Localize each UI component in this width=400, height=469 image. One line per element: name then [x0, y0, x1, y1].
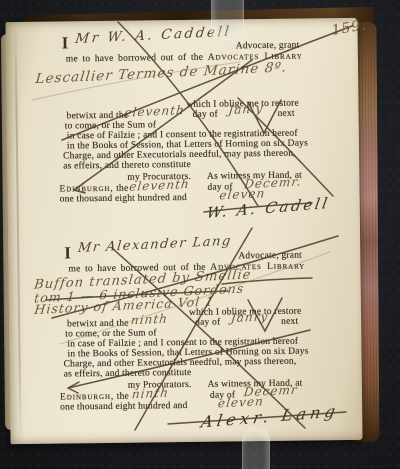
return-day-handwritten: ninth: [130, 312, 169, 328]
borrower-name-handwritten: Mr Alexander Lang: [77, 234, 233, 256]
printed-borrowed-text: me to have borrowed out of the: [66, 53, 203, 65]
printed-grant: Advocate, grant: [238, 251, 302, 262]
signed-day-handwritten: eleventh: [129, 177, 191, 194]
printed-failzie-4: as effeirs, and thereto constitute: [64, 368, 192, 380]
printed-initial: I: [62, 33, 69, 53]
return-day-handwritten: eleventh: [124, 103, 186, 120]
printed-year-line: one thousand eight hundred and: [60, 193, 187, 205]
printed-failzie-4: as effeirs, and thereto constitute: [63, 160, 191, 172]
printed-the: the: [117, 392, 129, 402]
register-page: 159. I Mr W. A. Caddell Advocate, grant …: [5, 18, 362, 444]
printed-next: next: [278, 109, 295, 119]
return-month-handwritten: Janry: [230, 309, 269, 325]
printed-grant: Advocate, grant: [236, 41, 300, 52]
printed-day-of: day of: [193, 110, 218, 120]
printed-initial: I: [64, 243, 71, 263]
printed-edinburgh: Edinburgh,: [60, 392, 114, 403]
printed-year-line: one thousand eight hundred and: [60, 401, 187, 413]
printed-the: the: [116, 184, 128, 194]
signed-day-handwritten: ninth: [131, 386, 170, 402]
mounting-strap-top: [211, 0, 244, 40]
mounting-strap-bottom: [242, 427, 270, 469]
printed-next: next: [281, 317, 298, 327]
return-month-handwritten: Jan'y: [228, 101, 264, 117]
photograph-of-borrowing-register: 159. I Mr W. A. Caddell Advocate, grant …: [0, 0, 400, 469]
printed-edinburgh: Edinburgh,: [59, 184, 113, 195]
printed-day-of: day of: [195, 318, 220, 328]
borrower-name-handwritten: Mr W. A. Caddell: [74, 24, 232, 47]
